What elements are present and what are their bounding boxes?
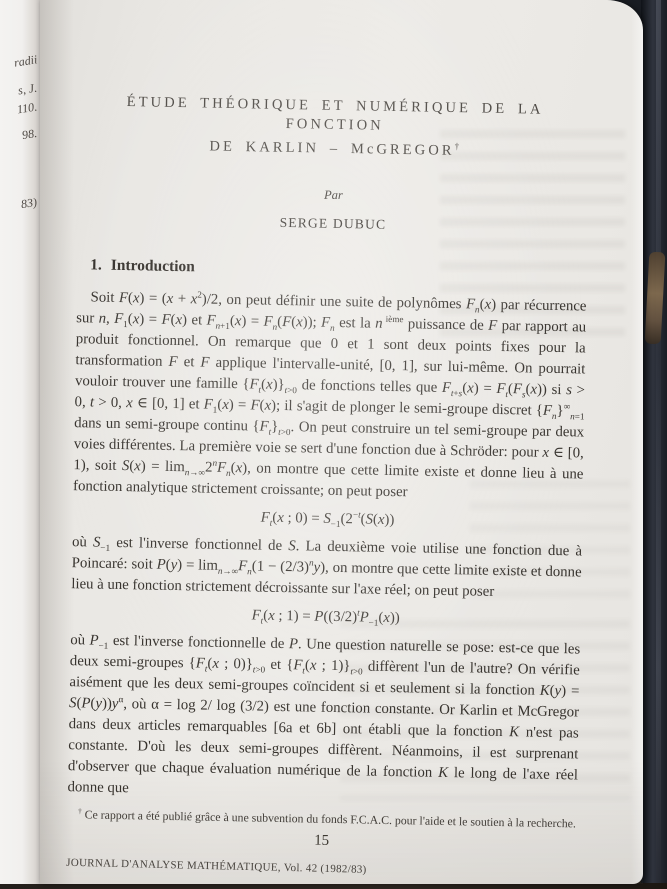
author-name: SERGE DUBUC	[78, 211, 588, 236]
paragraph-2: où S−1 est l'inverse fonctionnel de S. L…	[71, 532, 582, 604]
paragraph-1: Soit F(x) = (x + x2)/2, on peut définir …	[73, 287, 587, 506]
footnote: † Ce rapport a été publié grâce à une su…	[67, 807, 577, 831]
paragraph-3: où P−1 est l'inverse fonctionnelle de P.…	[67, 630, 580, 807]
facing-text-fragment: s, J.	[17, 81, 38, 99]
journal-footer: JOURNAL D'ANALYSE MATHÉMATIQUE, Vol. 42 …	[66, 857, 576, 881]
article-title: ÉTUDE THÉORIQUE ET NUMÉRIQUE DE LA FONCT…	[79, 92, 590, 163]
equation-2: Ft(x ; 1) = P((3/2)tP−1(x))	[71, 602, 581, 632]
title-dagger-mark: †	[455, 141, 460, 151]
page-number: 15	[67, 828, 577, 854]
book-photo: radii s, J. 110. 98. 83) ÉTUDE THÉORIQUE…	[0, 0, 667, 889]
section-number: 1.	[90, 256, 102, 273]
book-page: ÉTUDE THÉORIQUE ET NUMÉRIQUE DE LA FONCT…	[40, 0, 643, 884]
page-block-tan-edge	[645, 252, 666, 345]
section-title: Introduction	[111, 257, 195, 276]
facing-text-fragment: radii	[13, 52, 38, 70]
binding-highlight-streak	[656, 0, 661, 889]
section-heading: 1.Introduction	[90, 256, 587, 283]
book-binding-band	[641, 0, 667, 889]
facing-text-fragment: 110.	[16, 100, 38, 118]
equation-1: Ft(x ; 0) = S−1(2−t(S(x))	[72, 504, 582, 534]
article-content: ÉTUDE THÉORIQUE ET NUMÉRIQUE DE LA FONCT…	[24, 0, 643, 880]
facing-text-fragment: 98.	[21, 126, 38, 143]
byline: Par	[78, 183, 588, 207]
